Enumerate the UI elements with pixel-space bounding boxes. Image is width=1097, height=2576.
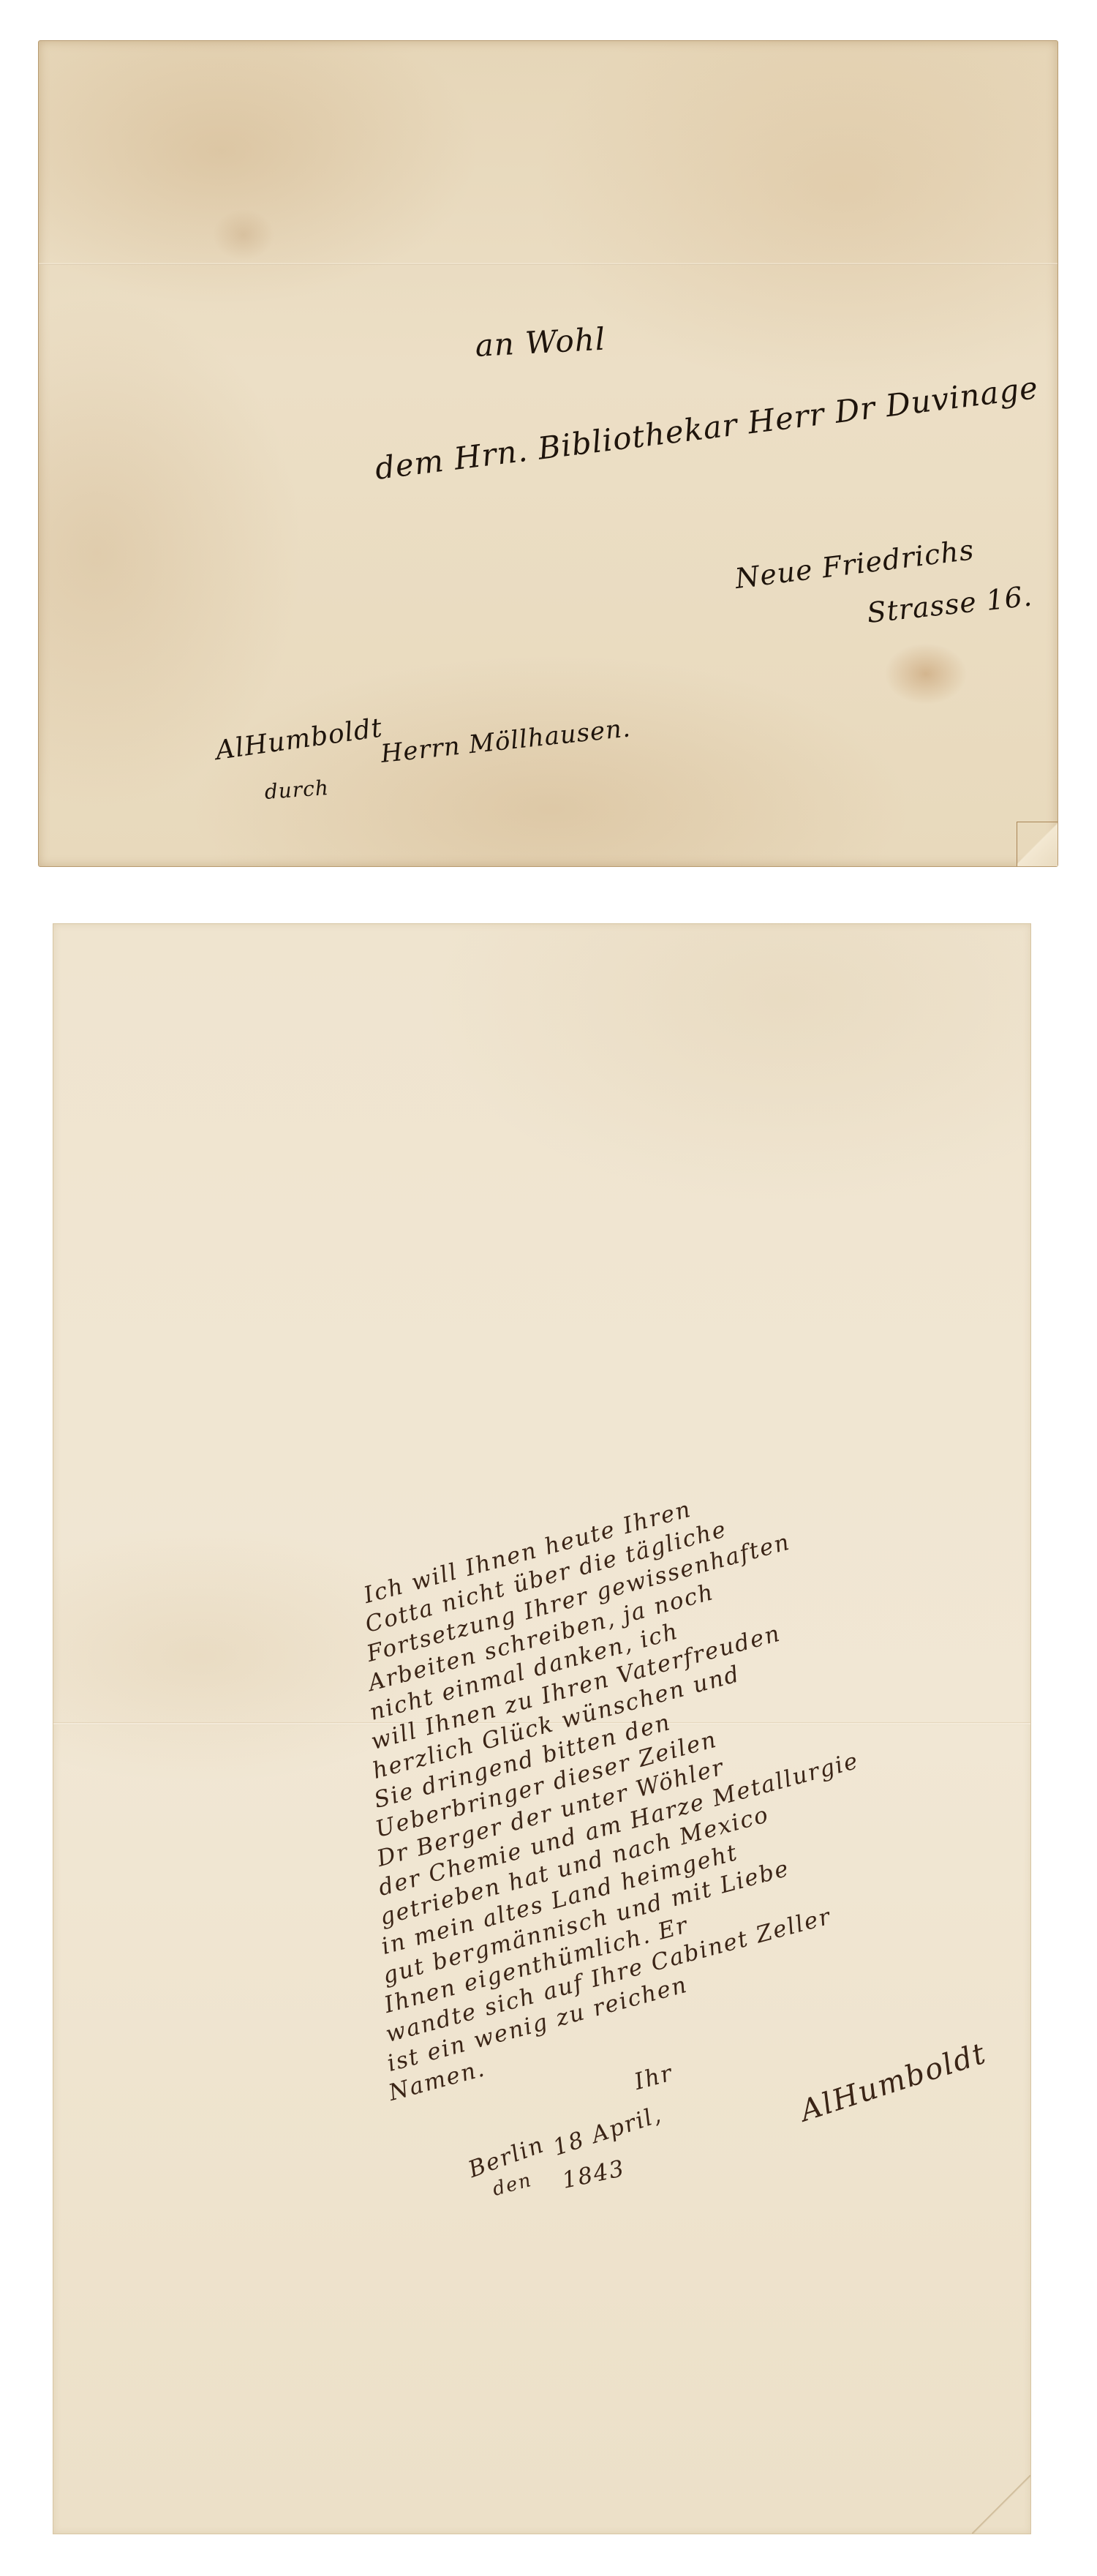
envelope-folded-corner [1017,822,1058,866]
envelope-addressee: dem Hrn. Bibliothekar Herr Dr Duvinage [373,369,1040,487]
letter-corner-crease [972,2475,1030,2534]
envelope: an Wohl dem Hrn. Bibliothekar Herr Dr Du… [38,40,1058,867]
envelope-sender-via: Herrn Möllhausen. [380,713,633,769]
envelope-street-line-1: Neue Friedrichs [734,533,976,595]
envelope-sender-via-prefix: durch [264,776,330,804]
envelope-street-line-2: Strasse 16. [865,580,1033,630]
envelope-sender-signature: AlHumboldt [214,713,384,766]
envelope-fold-line [39,263,1058,265]
letter-date: 18 April, [550,2101,666,2161]
letter-sheet: Ich will Ihnen heute Ihren Cotta nicht ü… [53,923,1031,2534]
envelope-salutation: an Wohl [474,321,606,364]
letter-closing: Ihr [632,2060,676,2095]
letter-signature: AlHumboldt [796,2037,991,2128]
letter-year: 1843 [560,2155,627,2194]
